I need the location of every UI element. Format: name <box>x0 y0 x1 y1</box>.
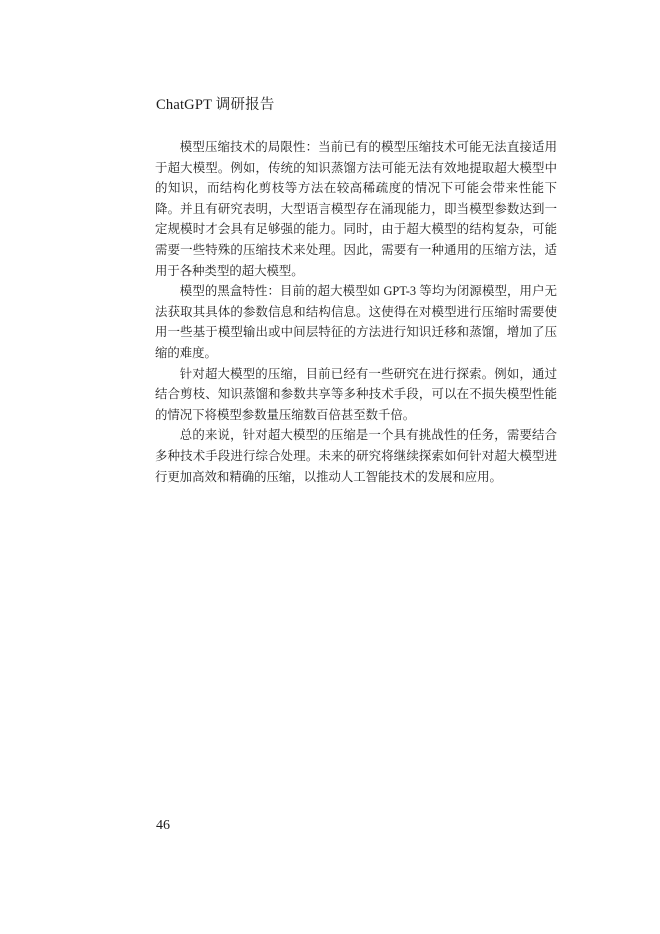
body-text: 模型压缩技术的局限性：当前已有的模型压缩技术可能无法直接适用于超大模型。例如，传… <box>155 137 557 487</box>
document-page: ChatGPT 调研报告 模型压缩技术的局限性：当前已有的模型压缩技术可能无法直… <box>0 0 660 934</box>
paragraph-existing-research: 针对超大模型的压缩，目前已经有一些研究在进行探索。例如，通过结合剪枝、知识蒸馏和… <box>155 364 557 426</box>
paragraph-black-box-property: 模型的黑盒特性：目前的超大模型如 GPT-3 等均为闭源模型，用户无法获取其具体… <box>155 281 557 363</box>
paragraph-summary: 总的来说，针对超大模型的压缩是一个具有挑战性的任务，需要结合多种技术手段进行综合… <box>155 425 557 487</box>
page-number: 46 <box>156 817 170 835</box>
paragraph-model-compression-limitations: 模型压缩技术的局限性：当前已有的模型压缩技术可能无法直接适用于超大模型。例如，传… <box>155 137 557 281</box>
running-header: ChatGPT 调研报告 <box>156 96 275 115</box>
